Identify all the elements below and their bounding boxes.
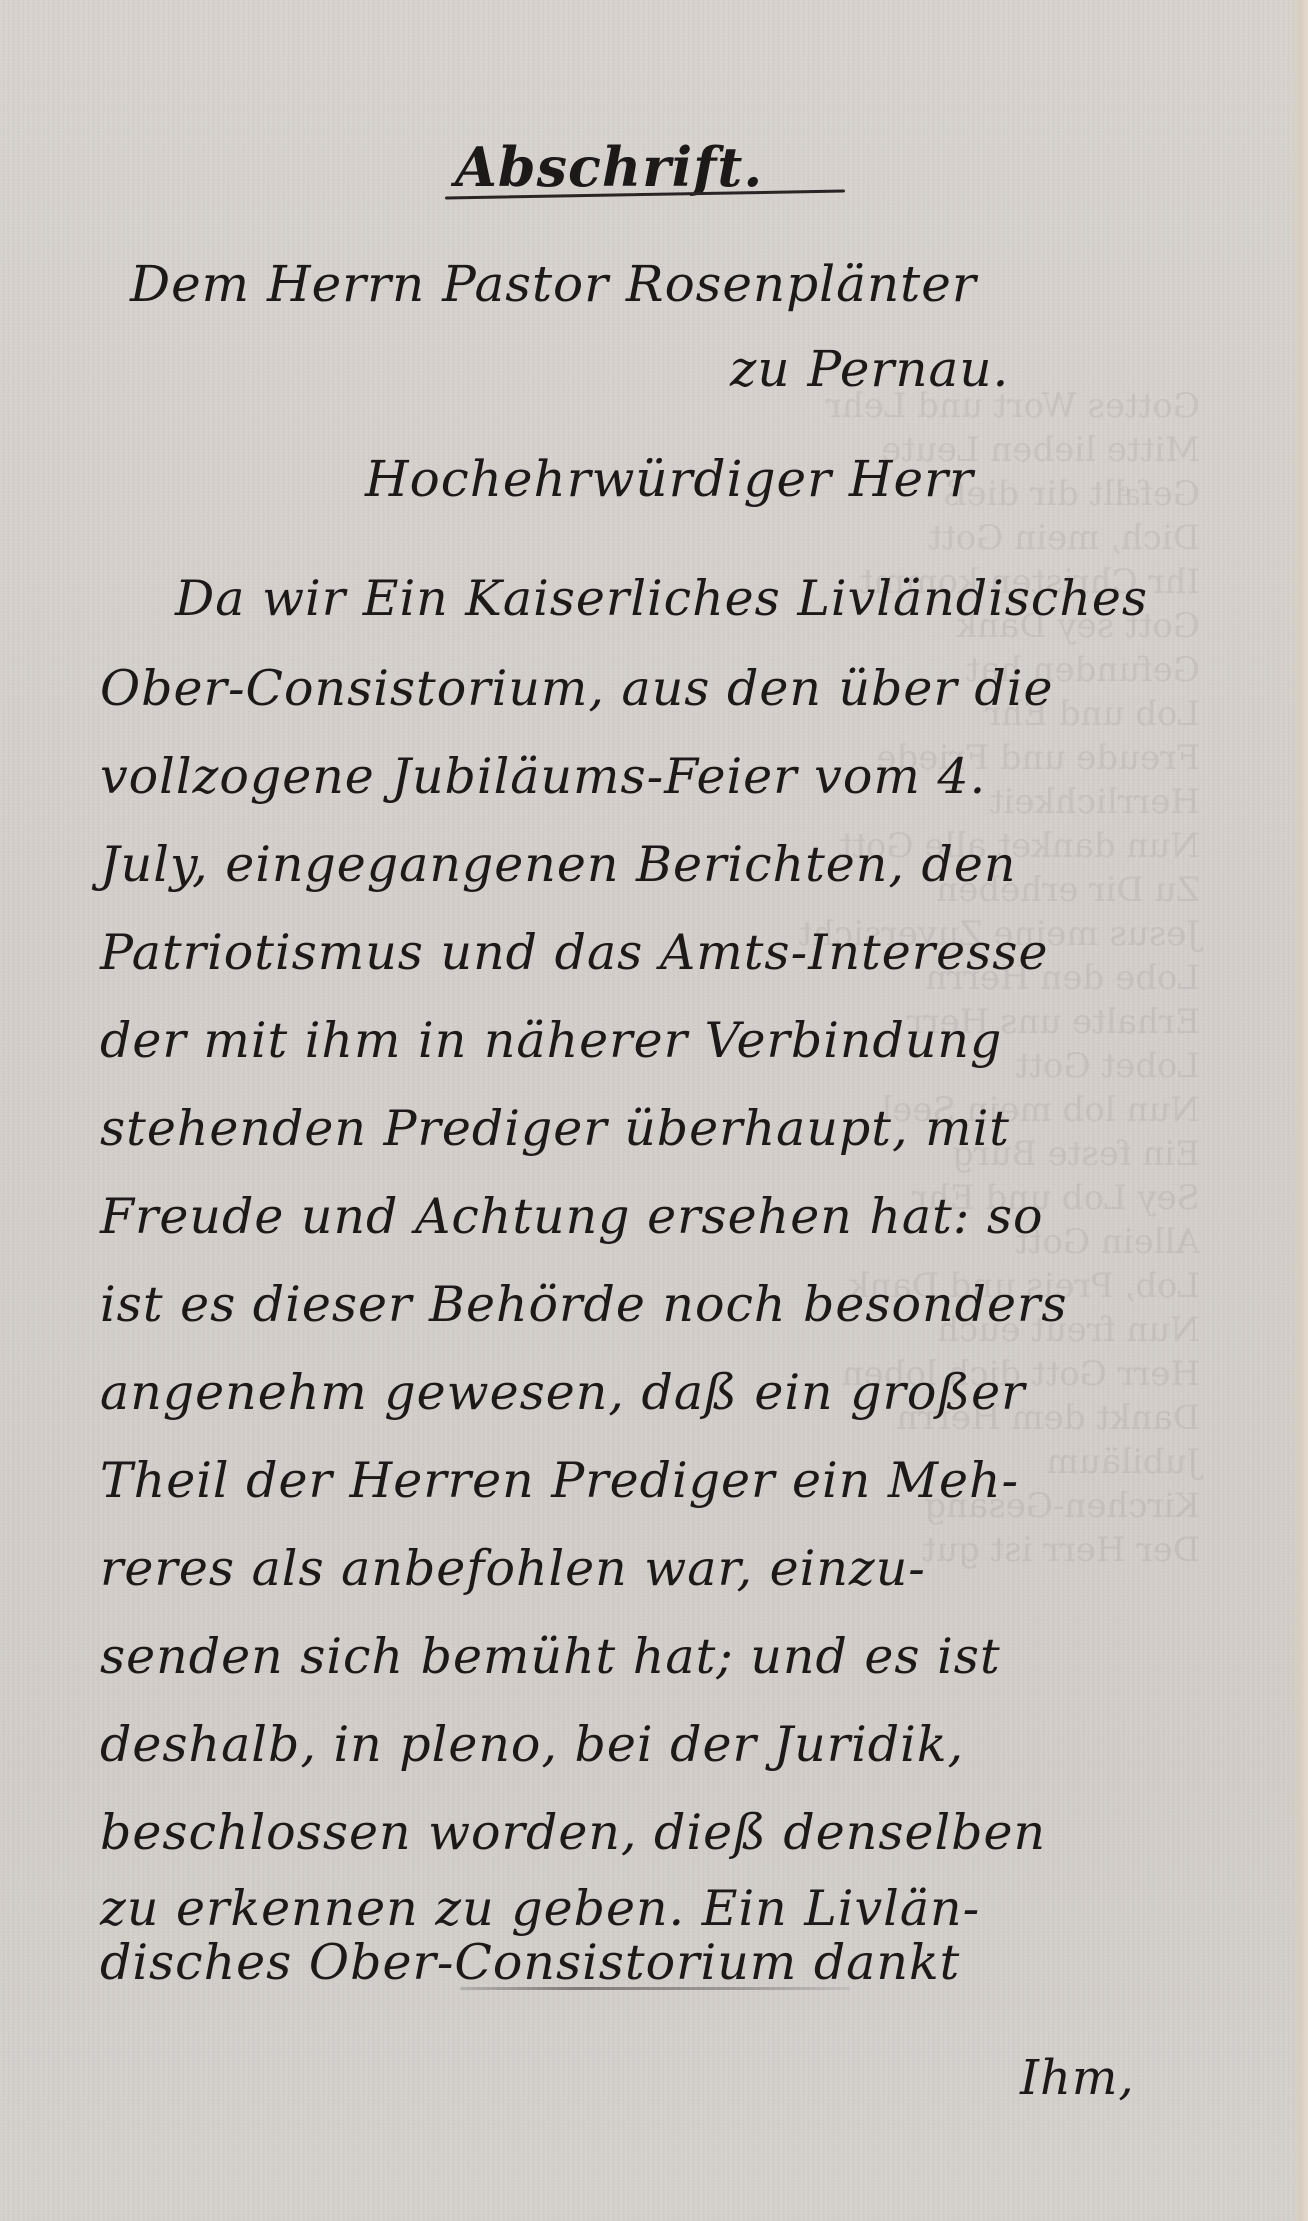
body-line: beschlossen worden, dieß denselben [100, 1804, 1200, 1861]
body-line: Ober-Consistorium, aus den über die [100, 660, 1200, 717]
body-line: July, eingegangenen Berichten, den [100, 836, 1200, 893]
bleed-through-text: Gottes Wort und Lehr Mitte lieben Leute … [640, 340, 1200, 1640]
body-line: senden sich bemüht hat; und es ist [100, 1628, 1200, 1685]
manuscript-page: Gottes Wort und Lehr Mitte lieben Leute … [0, 0, 1308, 2221]
body-line: Freude und Achtung ersehen hat: so [100, 1188, 1200, 1245]
body-line: Theil der Herren Prediger ein Meh- [100, 1452, 1200, 1509]
body-line: ist es dieser Behörde noch besonders [100, 1276, 1200, 1333]
body-line: angenehm gewesen, daß ein großer [100, 1364, 1200, 1421]
address-place: zu Pernau. [730, 340, 1009, 398]
address-recipient: Dem Herrn Pastor Rosenplänter [130, 255, 977, 313]
catchword: Ihm, [1020, 2050, 1135, 2106]
document-heading: Abschrift. [455, 135, 763, 199]
body-line: deshalb, in pleno, bei der Juridik, [100, 1716, 1200, 1773]
separator-line [460, 1987, 850, 1990]
body-line: zu erkennen zu geben. Ein Livlän- [100, 1880, 1200, 1937]
body-line: stehenden Prediger überhaupt, mit [100, 1100, 1200, 1157]
body-line: vollzogene Jubiläums-Feier vom 4. [100, 748, 1200, 805]
body-line: disches Ober-Consistorium dankt [100, 1934, 1200, 1991]
body-line: der mit ihm in näherer Verbindung [100, 1012, 1200, 1069]
salutation: Hochehrwürdiger Herr [365, 450, 974, 508]
body-line: Da wir Ein Kaiserliches Livländisches [175, 570, 1275, 627]
body-line: reres als anbefohlen war, einzu- [100, 1540, 1200, 1597]
body-line: Patriotismus und das Amts-Interesse [100, 924, 1200, 981]
paper-edge [1292, 0, 1308, 2221]
